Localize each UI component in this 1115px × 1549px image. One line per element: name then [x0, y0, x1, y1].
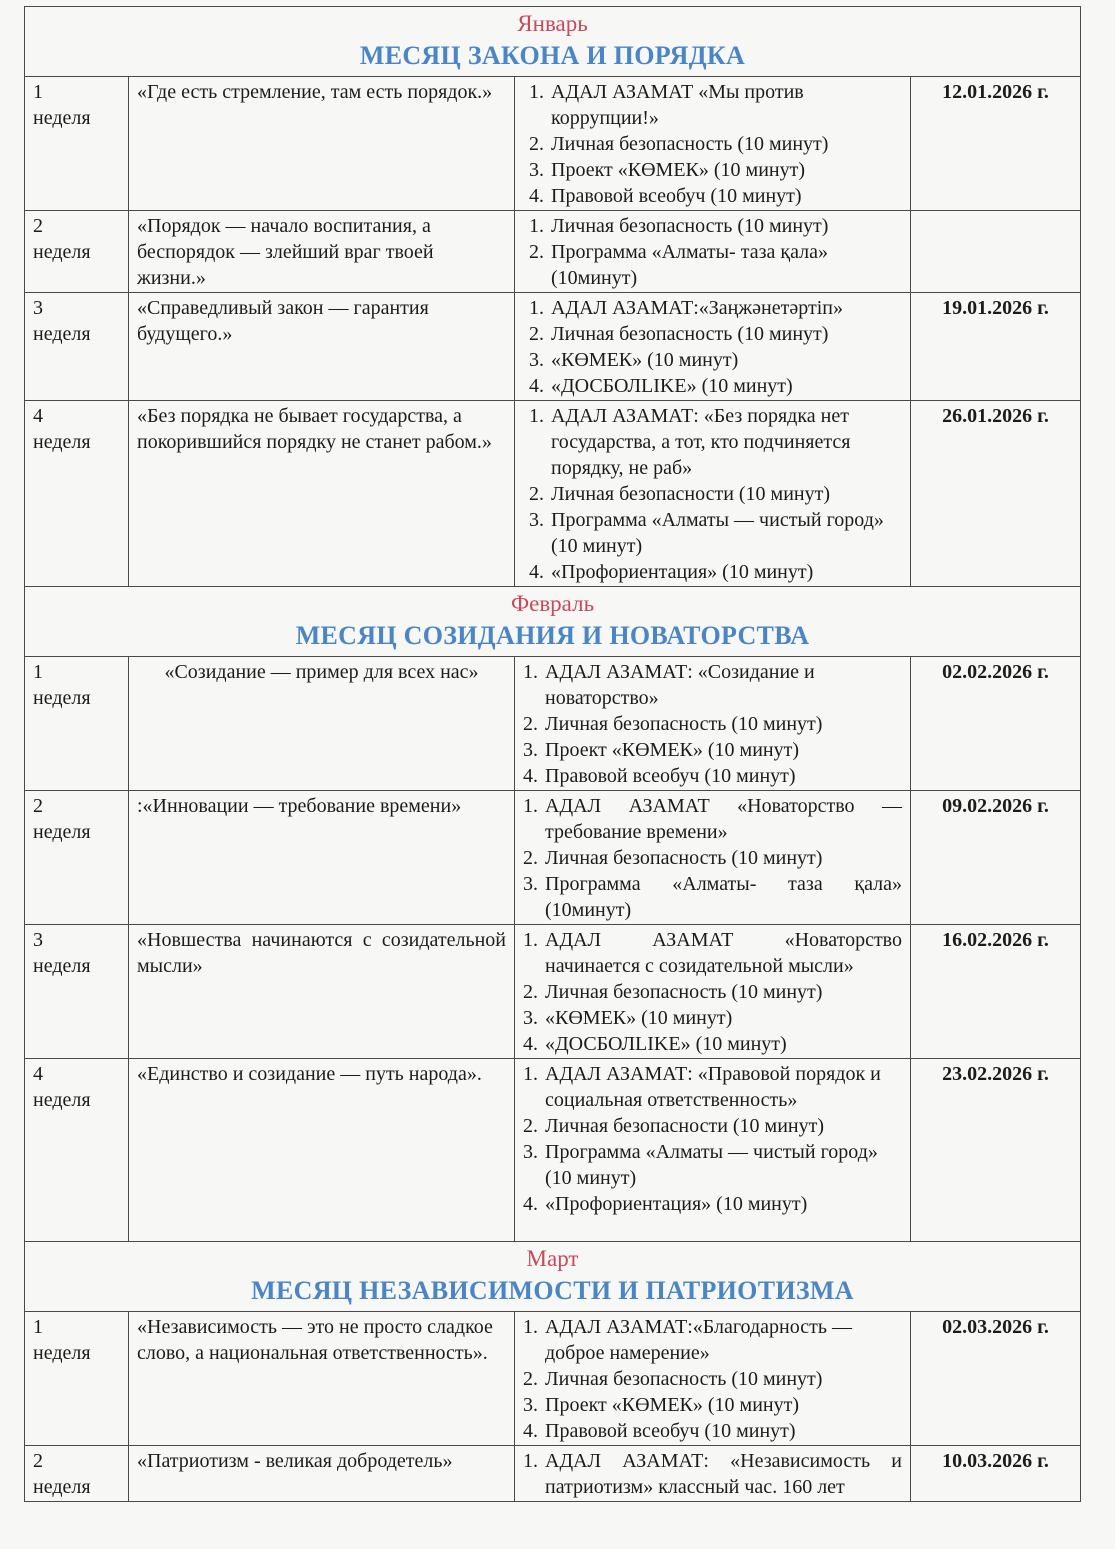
week-label: неделя — [33, 105, 120, 131]
table-row: 2неделя «Патриотизм - великая добродетел… — [25, 1446, 1081, 1502]
table-row: 4неделя «Без порядка не бывает государст… — [25, 401, 1081, 587]
month-name: Март — [33, 1244, 1072, 1274]
month-header: Февраль МЕСЯЦ СОЗИДАНИЯ И НОВАТОРСТВА — [25, 587, 1081, 657]
activity-item: АДАЛ АЗАМАТ «Новаторство начинается с со… — [543, 927, 902, 979]
week-number: 2 — [33, 1448, 120, 1474]
activities-list: АДАЛ АЗАМАТ «Новаторство — требование вр… — [523, 793, 902, 923]
activities-cell: АДАЛ АЗАМАТ: «Без порядка нет государств… — [515, 401, 911, 587]
table-row: 1неделя «Где есть стремление, там есть п… — [25, 77, 1081, 211]
activity-item: АДАЛ АЗАМАТ: «Независимость и патриотизм… — [543, 1448, 902, 1500]
week-number: 3 — [33, 295, 120, 321]
activity-item: Проект «КӨМЕК» (10 минут) — [543, 1392, 902, 1418]
month-header-row: Февраль МЕСЯЦ СОЗИДАНИЯ И НОВАТОРСТВА — [25, 587, 1081, 657]
activity-item: «ДОСБОЛLIKE» (10 минут) — [549, 373, 902, 399]
activity-item: Правовой всеобуч (10 минут) — [543, 1418, 902, 1444]
date-cell: 09.02.2026 г. — [911, 791, 1081, 925]
activity-item: Программа «Алматы — чистый город» (10 ми… — [543, 1139, 902, 1191]
activities-list: АДАЛ АЗАМАТ:«Заңжәнетәртіп» Личная безоп… — [523, 295, 902, 399]
week-cell: 1неделя — [25, 1312, 129, 1446]
activity-item: Личная безопасности (10 минут) — [543, 1113, 902, 1139]
date-cell: 02.02.2026 г. — [911, 657, 1081, 791]
activity-item: Проект «КӨМЕК» (10 минут) — [549, 157, 902, 183]
week-label: неделя — [33, 239, 120, 265]
table-row: 3неделя «Новшества начинаются с созидате… — [25, 925, 1081, 1059]
topic-cell: «Единство и созидание — путь народа». — [129, 1059, 515, 1242]
topic-cell: :«Инновации — требование времени» — [129, 791, 515, 925]
week-cell: 2неделя — [25, 791, 129, 925]
activity-item: Программа «Алматы — чистый город» (10 ми… — [549, 507, 902, 559]
month-header-row: Январь МЕСЯЦ ЗАКОНА И ПОРЯДКА — [25, 7, 1081, 77]
activity-item: АДАЛ АЗАМАТ: «Созидание и новаторство» — [543, 659, 902, 711]
table-row: 4неделя «Единство и созидание — путь нар… — [25, 1059, 1081, 1242]
activities-cell: АДАЛ АЗАМАТ:«Заңжәнетәртіп» Личная безоп… — [515, 293, 911, 401]
month-theme: МЕСЯЦ СОЗИДАНИЯ И НОВАТОРСТВА — [33, 619, 1072, 653]
activities-list: АДАЛ АЗАМАТ «Мы против коррупции!» Лична… — [523, 79, 902, 209]
activity-item: АДАЛ АЗАМАТ:«Заңжәнетәртіп» — [549, 295, 902, 321]
date-cell: 19.01.2026 г. — [911, 293, 1081, 401]
date-cell: 26.01.2026 г. — [911, 401, 1081, 587]
table-row: 3неделя «Справедливый закон — гарантия б… — [25, 293, 1081, 401]
activities-cell: АДАЛ АЗАМАТ «Новаторство — требование вр… — [515, 791, 911, 925]
activities-cell: АДАЛ АЗАМАТ: «Независимость и патриотизм… — [515, 1446, 911, 1502]
month-theme: МЕСЯЦ ЗАКОНА И ПОРЯДКА — [33, 39, 1072, 73]
table-row: 2неделя :«Инновации — требование времени… — [25, 791, 1081, 925]
week-number: 4 — [33, 1061, 120, 1087]
week-number: 4 — [33, 403, 120, 429]
activities-list: АДАЛ АЗАМАТ: «Независимость и патриотизм… — [523, 1448, 902, 1500]
activity-item: Правовой всеобуч (10 минут) — [543, 763, 902, 789]
activity-item: Правовой всеобуч (10 минут) — [549, 183, 902, 209]
activity-item: АДАЛ АЗАМАТ: «Без порядка нет государств… — [549, 403, 902, 481]
activities-cell: АДАЛ АЗАМАТ «Мы против коррупции!» Лична… — [515, 77, 911, 211]
activity-item: АДАЛ АЗАМАТ: «Правовой порядок и социаль… — [543, 1061, 902, 1113]
activity-item: Личная безопасности (10 минут) — [549, 481, 902, 507]
activity-item: Личная безопасность (10 минут) — [543, 1366, 902, 1392]
date-cell: 23.02.2026 г. — [911, 1059, 1081, 1242]
activity-item: «КӨМЕК» (10 минут) — [549, 347, 902, 373]
activities-list: АДАЛ АЗАМАТ «Новаторство начинается с со… — [523, 927, 902, 1057]
week-label: неделя — [33, 429, 120, 455]
activity-item: АДАЛ АЗАМАТ «Новаторство — требование вр… — [543, 793, 902, 845]
month-name: Январь — [33, 9, 1072, 39]
week-cell: 1неделя — [25, 77, 129, 211]
week-cell: 4неделя — [25, 401, 129, 587]
document-page: Январь МЕСЯЦ ЗАКОНА И ПОРЯДКА 1неделя «Г… — [0, 0, 1115, 1549]
month-theme: МЕСЯЦ НЕЗАВИСИМОСТИ И ПАТРИОТИЗМА — [33, 1274, 1072, 1308]
week-label: неделя — [33, 1340, 120, 1366]
activity-item: Программа «Алматы- таза қала» (10минут) — [549, 239, 902, 291]
date-cell: 16.02.2026 г. — [911, 925, 1081, 1059]
activities-cell: АДАЛ АЗАМАТ: «Созидание и новаторство» Л… — [515, 657, 911, 791]
week-cell: 4неделя — [25, 1059, 129, 1242]
activities-cell: Личная безопасность (10 минут) Программа… — [515, 211, 911, 293]
activity-item: Личная безопасность (10 минут) — [543, 845, 902, 871]
activity-item: Личная безопасность (10 минут) — [549, 131, 902, 157]
date-cell: 12.01.2026 г. — [911, 77, 1081, 211]
week-label: неделя — [33, 819, 120, 845]
topic-cell: «Созидание — пример для всех нас» — [129, 657, 515, 791]
activity-item: АДАЛ АЗАМАТ:«Благодарность — доброе наме… — [543, 1314, 902, 1366]
week-label: неделя — [33, 685, 120, 711]
topic-cell: «Порядок — начало воспитания, а беспоряд… — [129, 211, 515, 293]
activities-list: АДАЛ АЗАМАТ: «Правовой порядок и социаль… — [523, 1061, 902, 1217]
topic-cell: «Новшества начинаются с созидательной мы… — [129, 925, 515, 1059]
month-header-row: Март МЕСЯЦ НЕЗАВИСИМОСТИ И ПАТРИОТИЗМА — [25, 1242, 1081, 1312]
month-header: Январь МЕСЯЦ ЗАКОНА И ПОРЯДКА — [25, 7, 1081, 77]
activity-item: Личная безопасность (10 минут) — [543, 711, 902, 737]
date-cell: 10.03.2026 г. — [911, 1446, 1081, 1502]
week-cell: 1неделя — [25, 657, 129, 791]
activity-item: «КӨМЕК» (10 минут) — [543, 1005, 902, 1031]
activity-item: АДАЛ АЗАМАТ «Мы против коррупции!» — [549, 79, 902, 131]
week-cell: 3неделя — [25, 925, 129, 1059]
topic-cell: «Независимость — это не просто сладкое с… — [129, 1312, 515, 1446]
week-label: неделя — [33, 1474, 120, 1500]
activity-item: «Профориентация» (10 минут) — [549, 559, 902, 585]
topic-cell: «Патриотизм - великая добродетель» — [129, 1446, 515, 1502]
plan-table: Январь МЕСЯЦ ЗАКОНА И ПОРЯДКА 1неделя «Г… — [24, 6, 1081, 1502]
week-number: 2 — [33, 793, 120, 819]
activity-item: Личная безопасность (10 минут) — [543, 979, 902, 1005]
month-name: Февраль — [33, 589, 1072, 619]
activities-cell: АДАЛ АЗАМАТ:«Благодарность — доброе наме… — [515, 1312, 911, 1446]
week-number: 1 — [33, 79, 120, 105]
table-row: 1неделя «Созидание — пример для всех нас… — [25, 657, 1081, 791]
activities-list: АДАЛ АЗАМАТ: «Без порядка нет государств… — [523, 403, 902, 585]
table-row: 1неделя «Независимость — это не просто с… — [25, 1312, 1081, 1446]
activity-item: Программа «Алматы- таза қала» (10минут) — [543, 871, 902, 923]
date-cell: 02.03.2026 г. — [911, 1312, 1081, 1446]
activity-item: Личная безопасность (10 минут) — [549, 321, 902, 347]
activity-item: «Профориентация» (10 минут) — [543, 1191, 902, 1217]
week-number: 1 — [33, 659, 120, 685]
activity-item: Личная безопасность (10 минут) — [549, 213, 902, 239]
week-label: неделя — [33, 1087, 120, 1113]
date-cell — [911, 211, 1081, 293]
activities-list: Личная безопасность (10 минут) Программа… — [523, 213, 902, 291]
month-header: Март МЕСЯЦ НЕЗАВИСИМОСТИ И ПАТРИОТИЗМА — [25, 1242, 1081, 1312]
activities-cell: АДАЛ АЗАМАТ: «Правовой порядок и социаль… — [515, 1059, 911, 1242]
activities-list: АДАЛ АЗАМАТ: «Созидание и новаторство» Л… — [523, 659, 902, 789]
activities-list: АДАЛ АЗАМАТ:«Благодарность — доброе наме… — [523, 1314, 902, 1444]
week-label: неделя — [33, 953, 120, 979]
activities-cell: АДАЛ АЗАМАТ «Новаторство начинается с со… — [515, 925, 911, 1059]
topic-cell: «Где есть стремление, там есть порядок.» — [129, 77, 515, 211]
table-row: 2неделя «Порядок — начало воспитания, а … — [25, 211, 1081, 293]
week-cell: 3неделя — [25, 293, 129, 401]
week-number: 3 — [33, 927, 120, 953]
week-number: 2 — [33, 213, 120, 239]
topic-cell: «Справедливый закон — гарантия будущего.… — [129, 293, 515, 401]
week-label: неделя — [33, 321, 120, 347]
topic-cell: «Без порядка не бывает государства, а по… — [129, 401, 515, 587]
week-number: 1 — [33, 1314, 120, 1340]
activity-item: «ДОСБОЛLIKE» (10 минут) — [543, 1031, 902, 1057]
activity-item: Проект «КӨМЕК» (10 минут) — [543, 737, 902, 763]
week-cell: 2неделя — [25, 211, 129, 293]
week-cell: 2неделя — [25, 1446, 129, 1502]
